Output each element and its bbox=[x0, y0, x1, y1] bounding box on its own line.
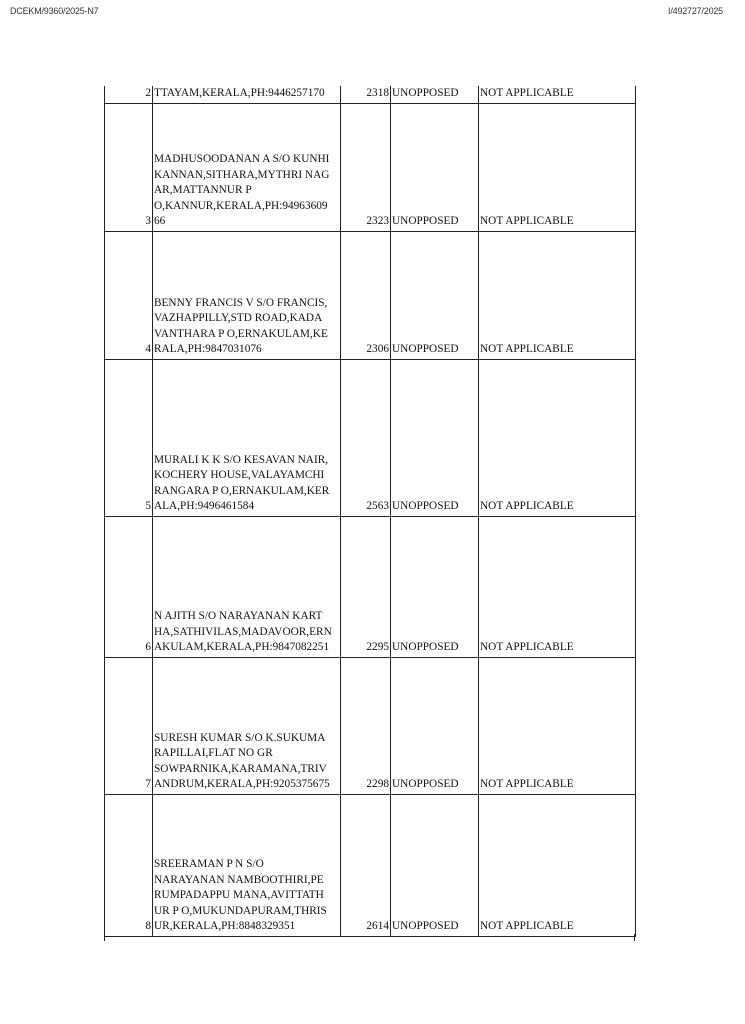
address-line: RALA,PH:9847031076 bbox=[154, 342, 339, 358]
value-cell: 2306 bbox=[341, 231, 391, 359]
address-cell: SURESH KUMAR S/O K.SUKUMARAPILLAI,FLAT N… bbox=[153, 657, 341, 794]
address-line: N AJITH S/O NARAYANAN KART bbox=[154, 609, 339, 625]
value-cell: 2614 bbox=[341, 794, 391, 936]
table-row: 5MURALI K K S/O KESAVAN NAIR,KOCHERY HOU… bbox=[105, 359, 636, 516]
status-cell: UNOPPOSED bbox=[391, 231, 479, 359]
remark-cell: NOT APPLICABLE bbox=[479, 794, 636, 936]
address-line: SURESH KUMAR S/O K.SUKUMA bbox=[154, 731, 339, 747]
address-line: MURALI K K S/O KESAVAN NAIR, bbox=[154, 453, 339, 469]
address-line: VAZHAPPILLY,STD ROAD,KADA bbox=[154, 311, 339, 327]
address-line: SOWPARNIKA,KARAMANA,TRIV bbox=[154, 762, 339, 778]
address-line: BENNY FRANCIS V S/O FRANCIS, bbox=[154, 296, 339, 312]
remark-cell: NOT APPLICABLE bbox=[479, 359, 636, 516]
address-line: SREERAMAN P N S/O bbox=[154, 857, 339, 873]
address-line: KOCHERY HOUSE,VALAYAMCHI bbox=[154, 468, 339, 484]
address-cell: SREERAMAN P N S/ONARAYANAN NAMBOOTHIRI,P… bbox=[153, 794, 341, 936]
value-cell: 2323 bbox=[341, 103, 391, 231]
address-cell: N AJITH S/O NARAYANAN KARTHA,SATHIVILAS,… bbox=[153, 516, 341, 657]
address-line: UR,KERALA,PH:8848329351 bbox=[154, 919, 339, 935]
address-line: KANNAN,SITHARA,MYTHRI NAG bbox=[154, 168, 339, 184]
address-cell: BENNY FRANCIS V S/O FRANCIS,VAZHAPPILLY,… bbox=[153, 231, 341, 359]
serial-number-cell: 8 bbox=[105, 794, 153, 936]
status-cell: UNOPPOSED bbox=[391, 516, 479, 657]
address-line: O,KANNUR,KERALA,PH:94963609 bbox=[154, 199, 339, 215]
table-row: 2TTAYAM,KERALA,PH:94462571702318UNOPPOSE… bbox=[105, 86, 636, 103]
status-cell: UNOPPOSED bbox=[391, 103, 479, 231]
remark-cell: NOT APPLICABLE bbox=[479, 516, 636, 657]
remark-cell: NOT APPLICABLE bbox=[479, 657, 636, 794]
address-line: RAPILLAI,FLAT NO GR bbox=[154, 746, 339, 762]
serial-number-cell: 6 bbox=[105, 516, 153, 657]
table-continuation-line-left bbox=[104, 934, 105, 941]
remark-cell: NOT APPLICABLE bbox=[479, 103, 636, 231]
address-line: AKULAM,KERALA,PH:9847082251 bbox=[154, 640, 339, 656]
address-line: 66 bbox=[154, 214, 339, 230]
applicants-table: 2TTAYAM,KERALA,PH:94462571702318UNOPPOSE… bbox=[104, 86, 636, 937]
document-reference-right: I/492727/2025 bbox=[668, 6, 723, 16]
address-line: ALA,PH:9496461584 bbox=[154, 499, 339, 515]
status-cell: UNOPPOSED bbox=[391, 86, 479, 103]
table-row: 4BENNY FRANCIS V S/O FRANCIS,VAZHAPPILLY… bbox=[105, 231, 636, 359]
address-cell: TTAYAM,KERALA,PH:9446257170 bbox=[153, 86, 341, 103]
table-row: 6N AJITH S/O NARAYANAN KARTHA,SATHIVILAS… bbox=[105, 516, 636, 657]
address-line: RANGARA P O,ERNAKULAM,KER bbox=[154, 484, 339, 500]
remark-cell: NOT APPLICABLE bbox=[479, 231, 636, 359]
address-line: TTAYAM,KERALA,PH:9446257170 bbox=[154, 86, 339, 102]
value-cell: 2298 bbox=[341, 657, 391, 794]
value-cell: 2318 bbox=[341, 86, 391, 103]
serial-number-cell: 2 bbox=[105, 86, 153, 103]
address-line: MADHUSOODANAN A S/O KUNHI bbox=[154, 152, 339, 168]
document-reference-left: DCEKM/9360/2025-N7 bbox=[10, 6, 98, 16]
status-cell: UNOPPOSED bbox=[391, 657, 479, 794]
value-cell: 2295 bbox=[341, 516, 391, 657]
table-row: 3MADHUSOODANAN A S/O KUNHIKANNAN,SITHARA… bbox=[105, 103, 636, 231]
table-row: 7SURESH KUMAR S/O K.SUKUMARAPILLAI,FLAT … bbox=[105, 657, 636, 794]
status-cell: UNOPPOSED bbox=[391, 794, 479, 936]
serial-number-cell: 4 bbox=[105, 231, 153, 359]
table-row: 8SREERAMAN P N S/ONARAYANAN NAMBOOTHIRI,… bbox=[105, 794, 636, 936]
value-cell: 2563 bbox=[341, 359, 391, 516]
status-cell: UNOPPOSED bbox=[391, 359, 479, 516]
address-line: HA,SATHIVILAS,MADAVOOR,ERN bbox=[154, 625, 339, 641]
address-line: ANDRUM,KERALA,PH:9205375675 bbox=[154, 777, 339, 793]
remark-cell: NOT APPLICABLE bbox=[479, 86, 636, 103]
address-line: UR P O,MUKUNDAPURAM,THRIS bbox=[154, 904, 339, 920]
serial-number-cell: 5 bbox=[105, 359, 153, 516]
address-cell: MADHUSOODANAN A S/O KUNHIKANNAN,SITHARA,… bbox=[153, 103, 341, 231]
table-continuation-line-right bbox=[634, 934, 635, 941]
serial-number-cell: 7 bbox=[105, 657, 153, 794]
address-cell: MURALI K K S/O KESAVAN NAIR,KOCHERY HOUS… bbox=[153, 359, 341, 516]
serial-number-cell: 3 bbox=[105, 103, 153, 231]
address-line: AR,MATTANNUR P bbox=[154, 183, 339, 199]
address-line: NARAYANAN NAMBOOTHIRI,PE bbox=[154, 873, 339, 889]
address-line: VANTHARA P O,ERNAKULAM,KE bbox=[154, 327, 339, 343]
address-line: RUMPADAPPU MANA,AVITTATH bbox=[154, 888, 339, 904]
